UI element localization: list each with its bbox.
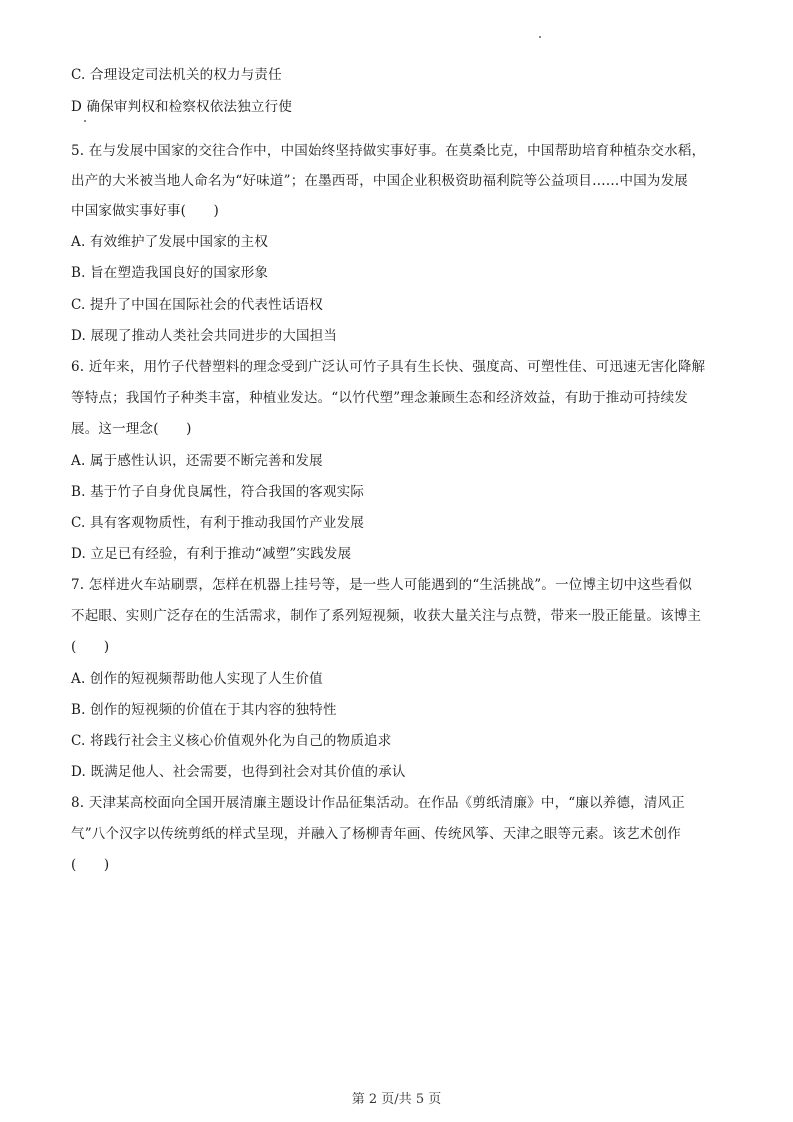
- text-line: 8. 天津某高校面向全国开展清廉主题设计作品征集活动。在作品《剪纸清廉》中，“廉…: [71, 794, 685, 812]
- text-line: D. 既满足他人、社会需要，也得到社会对其价值的承认: [71, 763, 406, 781]
- text-line: 6. 近年来，用竹子代替塑料的理念受到广泛认可竹子具有生长快、强度高、可塑性佳、…: [71, 358, 705, 376]
- text-line: C. 具有客观物质性，有利于推动我国竹产业发展: [71, 514, 364, 532]
- text-line: C. 提升了中国在国际社会的代表性话语权: [71, 296, 323, 314]
- text-line: 等特点；我国竹子种类丰富，种植业发达。“以竹代塑”理念兼顾生态和经济效益，有助于…: [71, 389, 688, 407]
- text-line: B. 基于竹子自身优良属性，符合我国的客观实际: [71, 483, 364, 501]
- text-line: A. 属于感性认识，还需要不断完善和发展: [71, 452, 323, 470]
- text-line: B. 创作的短视频的价值在于其内容的独特性: [71, 701, 337, 719]
- scan-artifact-dot: [539, 36, 541, 38]
- text-line: C. 合理设定司法机关的权力与责任: [71, 66, 282, 84]
- text-line: 中国家做实事好事( ): [71, 202, 219, 220]
- text-line: D 确保审判权和检察权依法独立行使: [71, 98, 292, 116]
- text-line: 气”八个汉字以传统剪纸的样式呈现，并融入了杨柳青年画、传统风筝、天津之眼等元素。…: [71, 825, 681, 843]
- text-line: D. 展现了推动人类社会共同进步的大国担当: [71, 327, 337, 345]
- text-line: B. 旨在塑造我国良好的国家形象: [71, 264, 268, 282]
- text-line: C. 将践行社会主义核心价值观外化为自己的物质追求: [71, 732, 391, 750]
- text-line: ( ): [71, 856, 109, 874]
- page-footer: 第 2 页/共 5 页: [0, 1088, 793, 1107]
- text-line: 不起眼、实则广泛存在的生活需求，制作了系列短视频，收获大量关注与点赞，带来一股正…: [71, 607, 701, 625]
- text-line: A. 创作的短视频帮助他人实现了人生价值: [71, 670, 323, 688]
- text-line: 展。这一理念( ): [71, 420, 192, 438]
- text-line: 出产的大米被当地人命名为“好味道”；在墨西哥，中国企业积极资助福利院等公益项目……: [71, 172, 688, 190]
- text-line: 5. 在与发展中国家的交往合作中，中国始终坚持做实事好事。在莫桑比克，中国帮助培…: [71, 142, 705, 160]
- text-line: D. 立足已有经验，有利于推动“减塑”实践发展: [71, 545, 351, 563]
- text-line: 7. 怎样进火车站刷票，怎样在机器上挂号等，是一些人可能遇到的“生活挑战”。一位…: [71, 576, 692, 594]
- scan-artifact-dot: [84, 120, 86, 122]
- text-line: ( ): [71, 638, 109, 656]
- document-page: C. 合理设定司法机关的权力与责任D 确保审判权和检察权依法独立行使5. 在与发…: [0, 0, 793, 1122]
- text-line: A. 有效维护了发展中国家的主权: [71, 233, 268, 251]
